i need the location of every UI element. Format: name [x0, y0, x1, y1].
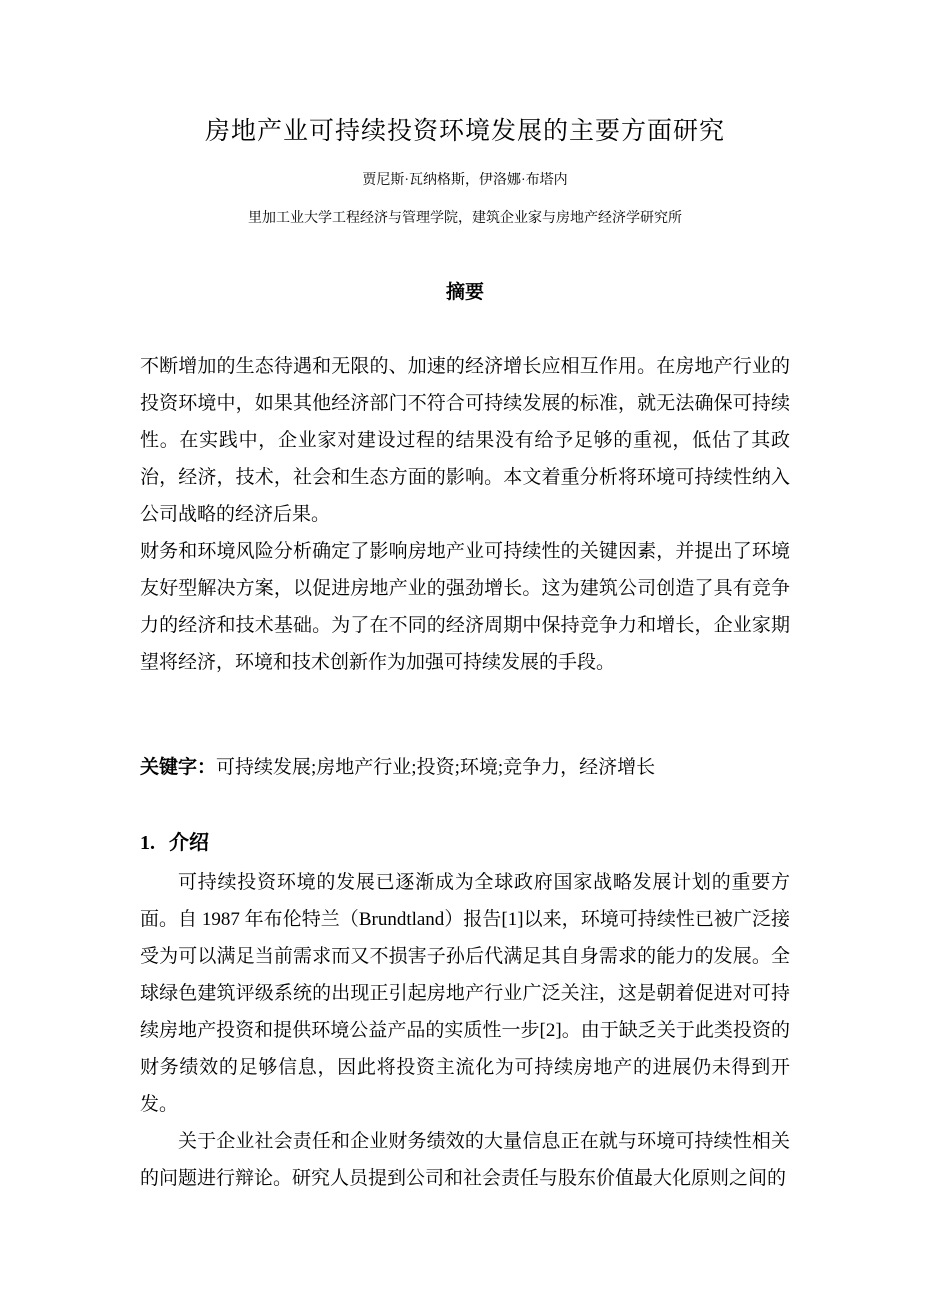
page-title: 房地产业可持续投资环境发展的主要方面研究: [140, 112, 790, 152]
affiliation-line: 里加工业大学工程经济与管理学院，建筑企业家与房地产经济学研究所: [140, 208, 790, 230]
intro-paragraph: 可持续投资环境的发展已逐渐成为全球政府国家战略发展计划的重要方面。自 1987 …: [140, 864, 790, 1123]
abstract-heading: 摘要: [140, 280, 790, 306]
keywords-line: 关键字：可持续发展;房地产行业;投资;环境;竞争力，经济增长: [140, 753, 790, 783]
intro-paragraph: 关于企业社会责任和企业财务绩效的大量信息正在就与环境可持续性相关的问题进行辩论。…: [140, 1123, 790, 1197]
section-1-title: 介绍: [169, 832, 209, 854]
authors-line: 贾尼斯·瓦纳格斯，伊洛娜·布塔内: [140, 170, 790, 192]
document-page: 房地产业可持续投资环境发展的主要方面研究 贾尼斯·瓦纳格斯，伊洛娜·布塔内 里加…: [0, 0, 926, 1309]
section-1-heading: 1.介绍: [140, 828, 790, 858]
abstract-paragraph: 财务和环境风险分析确定了影响房地产业可持续性的关键因素，并提出了环境友好型解决方…: [140, 533, 790, 681]
abstract-paragraph: 不断增加的生态待遇和无限的、加速的经济增长应相互作用。在房地产行业的投资环境中，…: [140, 348, 790, 533]
introduction-section: 可持续投资环境的发展已逐渐成为全球政府国家战略发展计划的重要方面。自 1987 …: [140, 864, 790, 1197]
abstract-section: 不断增加的生态待遇和无限的、加速的经济增长应相互作用。在房地产行业的投资环境中，…: [140, 348, 790, 681]
section-1-number: 1.: [140, 832, 155, 854]
keywords-label: 关键字：: [140, 757, 216, 778]
keywords-text: 可持续发展;房地产行业;投资;环境;竞争力，经济增长: [216, 757, 655, 778]
